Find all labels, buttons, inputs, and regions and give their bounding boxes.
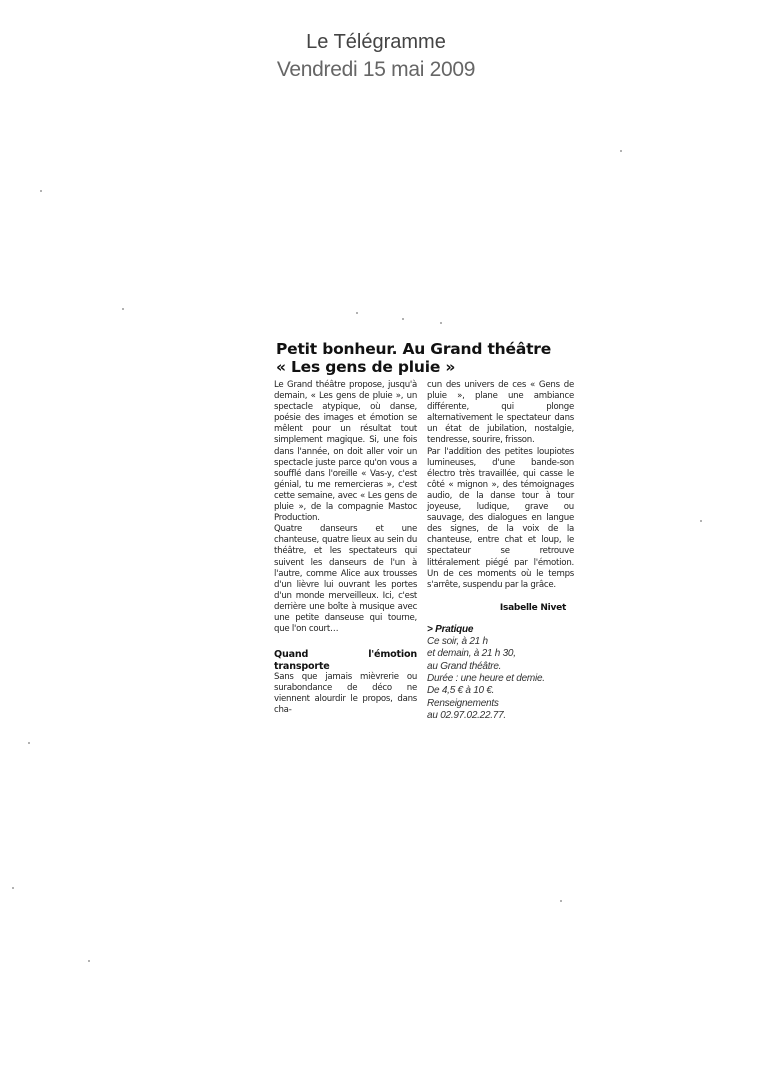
practical-info-title: > Pratique	[427, 624, 574, 636]
scan-speckle	[356, 312, 358, 314]
practical-info-line: au Grand théâtre.	[427, 661, 574, 673]
article-headline: Petit bonheur. Au Grand théâtre « Les ge…	[276, 340, 574, 376]
newspaper-clipping: Petit bonheur. Au Grand théâtre « Les ge…	[274, 340, 574, 722]
scan-speckle	[28, 742, 30, 744]
paragraph: Le Grand théâtre propose, jusqu'à demain…	[274, 380, 417, 524]
subheading: Quand l'émotion transporte	[274, 649, 417, 672]
masthead: Le Télégramme Vendredi 15 mai 2009	[266, 28, 486, 84]
headline-line-2: « Les gens de pluie »	[276, 358, 574, 376]
publication-date: Vendredi 15 mai 2009	[266, 56, 486, 84]
scan-speckle	[560, 900, 562, 902]
practical-info-line: au 02.97.02.22.77.	[427, 710, 574, 722]
practical-info-line: Durée : une heure et demie.	[427, 673, 574, 685]
scan-speckle	[620, 150, 622, 152]
scan-speckle	[88, 960, 90, 962]
scan-speckle	[12, 887, 14, 889]
practical-info-line: Ce soir, à 21 h	[427, 636, 574, 648]
paragraph: Sans que jamais mièvrerie ou surabondanc…	[274, 672, 417, 716]
paragraph: Quatre danseurs et une chanteuse, quatre…	[274, 524, 417, 635]
scan-speckle	[700, 520, 702, 522]
right-column: cun des univers de ces « Gens de pluie »…	[427, 380, 574, 722]
left-column: Le Grand théâtre propose, jusqu'à demain…	[274, 380, 417, 722]
paragraph: Par l'addition des petites loupiotes lum…	[427, 447, 574, 591]
article-columns: Le Grand théâtre propose, jusqu'à demain…	[274, 380, 574, 722]
practical-info-line: et demain, à 21 h 30,	[427, 648, 574, 660]
paragraph: cun des univers de ces « Gens de pluie »…	[427, 380, 574, 447]
newspaper-name: Le Télégramme	[266, 28, 486, 56]
scan-speckle	[402, 318, 404, 320]
practical-info-box: > Pratique Ce soir, à 21 h et demain, à …	[427, 624, 574, 722]
author-byline: Isabelle Nivet	[427, 603, 566, 614]
scan-speckle	[40, 190, 42, 192]
practical-info-line: Renseignements	[427, 698, 574, 710]
practical-info-line: De 4,5 € à 10 €.	[427, 685, 574, 697]
scan-speckle	[122, 308, 124, 310]
scan-speckle	[440, 322, 442, 324]
headline-line-1: Petit bonheur. Au Grand théâtre	[276, 340, 574, 358]
